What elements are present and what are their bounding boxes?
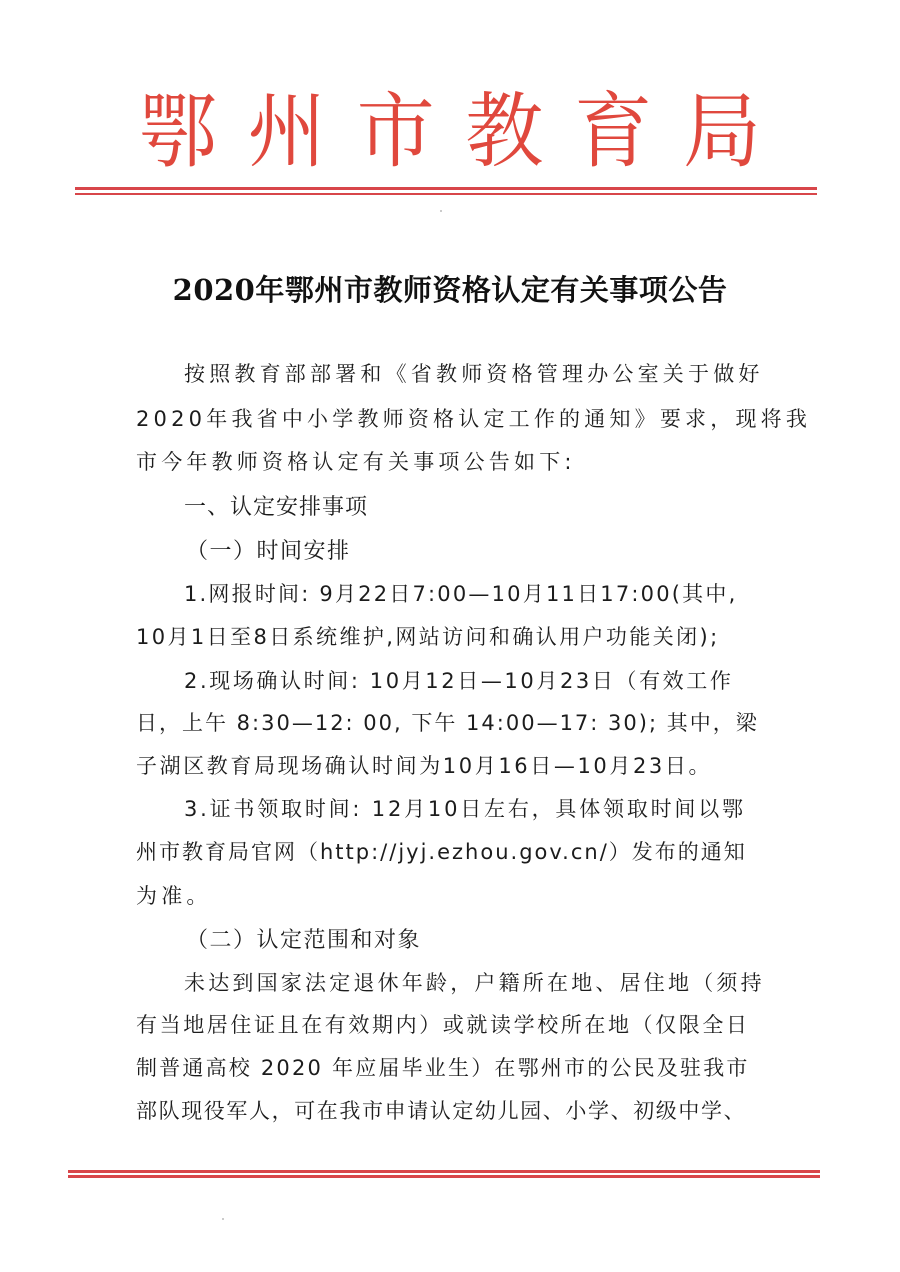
scope-line-3: 制普通高校 2020 年应届毕业生）在鄂州市的公民及驻我市 (136, 1052, 750, 1082)
masthead-char: 州 (239, 80, 335, 185)
header-divider-thin-line (75, 193, 817, 195)
scan-speck (440, 210, 442, 212)
scan-speck (222, 1218, 224, 1220)
item-2-line-3: 子湖区教育局现场确认时间为10月16日—10月23日。 (136, 750, 712, 780)
item-3-line-3: 为准。 (136, 880, 212, 910)
intro-line-2: 2020年我省中小学教师资格认定工作的通知》要求，现将我 (136, 403, 811, 433)
item-2-line-1: 2.现场确认时间: 10月12日—10月23日（有效工作 (184, 665, 733, 695)
subsection-heading-1: （一）时间安排 (186, 534, 351, 565)
masthead-char: 鄂 (130, 80, 226, 185)
masthead-org-name: 鄂 州 市 教 育 局 (130, 82, 770, 182)
item-1-line-1: 1.网报时间: 9月22日7:00—10月11日17:00(其中, (184, 578, 737, 608)
header-divider-thick-line (75, 187, 817, 190)
scope-line-4: 部队现役军人，可在我市申请认定幼儿园、小学、初级中学、 (136, 1095, 746, 1125)
masthead-char: 局 (674, 80, 770, 185)
item-2-line-2: 日，上午 8:30—12: 00, 下午 14:00—17: 30); 其中，梁 (136, 707, 759, 737)
masthead-char: 教 (456, 80, 552, 185)
scope-line-1: 未达到国家法定退休年龄，户籍所在地、居住地（须持 (184, 967, 765, 997)
masthead-char: 市 (348, 80, 444, 185)
scope-line-2: 有当地居住证且在有效期内）或就读学校所在地（仅限全日 (136, 1009, 750, 1039)
item-1-line-2: 10月1日至8日系统维护,网站访问和确认用户功能关闭); (136, 621, 720, 651)
header-divider (75, 187, 817, 197)
section-heading-1: 一、认定安排事项 (184, 490, 368, 521)
item-3-line-2: 州市教育局官网（http://jyj.ezhou.gov.cn/）发布的通知 (136, 836, 747, 866)
document-title: 2020年鄂州市教师资格认定有关事项公告 (140, 268, 760, 309)
masthead-char: 育 (565, 80, 661, 185)
footer-divider-thin-line (68, 1175, 820, 1178)
item-3-line-1: 3.证书领取时间: 12月10日左右，具体领取时间以鄂 (184, 793, 746, 823)
subsection-heading-2: （二）认定范围和对象 (186, 923, 421, 954)
footer-divider-thick-line (68, 1170, 820, 1173)
footer-divider (68, 1170, 820, 1180)
intro-line-1: 按照教育部部署和《省教师资格管理办公室关于做好 (184, 358, 764, 388)
intro-line-3: 市今年教师资格认定有关事项公告如下: (136, 446, 576, 476)
